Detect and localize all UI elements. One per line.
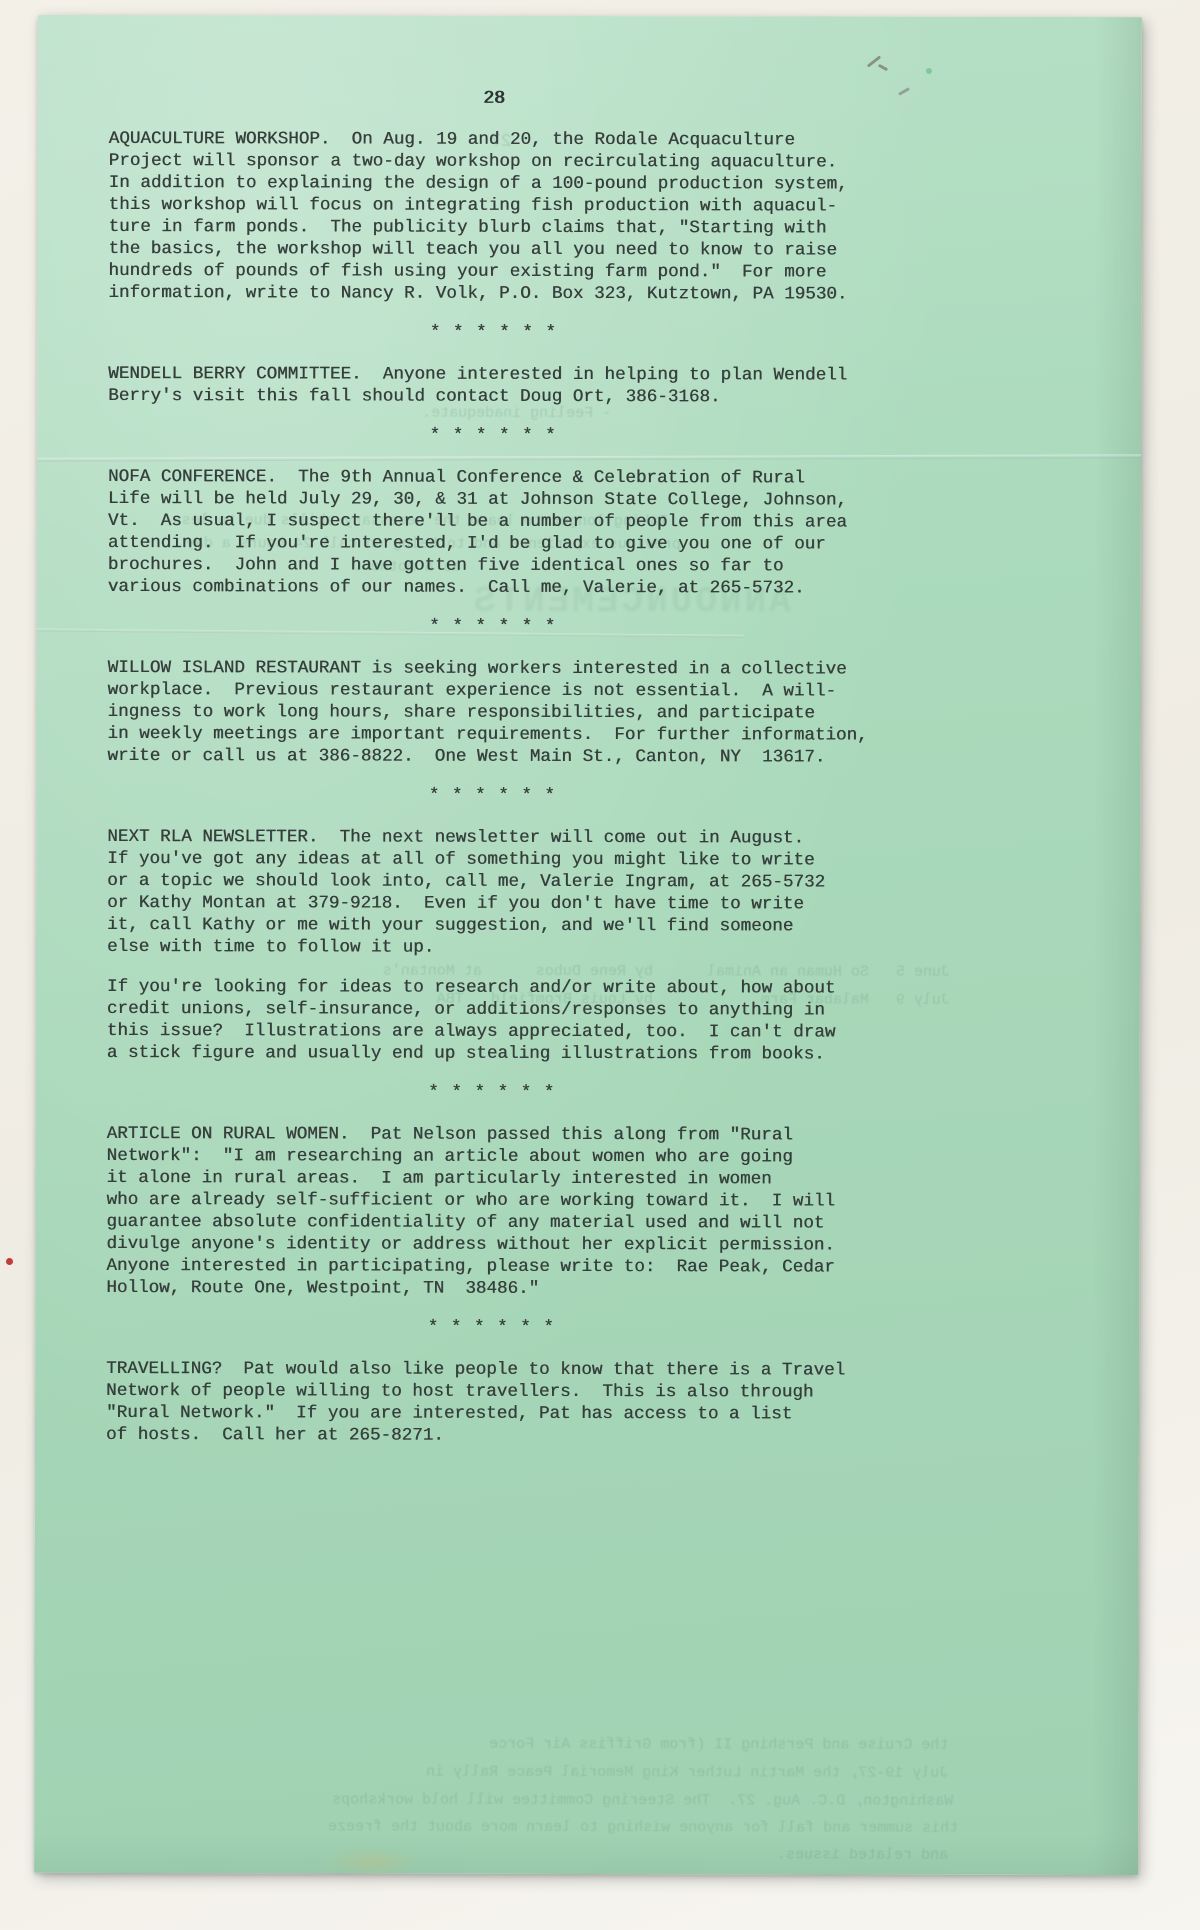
bleedthrough-text: Washington, D.C. Aug. 27. The Steering C… — [93, 1790, 953, 1812]
paper-stain — [324, 1847, 420, 1875]
section-travelling: TRAVELLING? Pat would also like people t… — [106, 1358, 876, 1448]
bleedthrough-text: the Cruise and Pershing II (from Griffis… — [108, 1734, 948, 1756]
section-divider: * * * * * * — [107, 784, 877, 809]
red-fleck — [6, 1258, 13, 1265]
bleedthrough-text: July 19-27, the Martin Luther King Memor… — [108, 1762, 948, 1784]
section-article-on-rural-women: ARTICLE ON RURAL WOMEN. Pat Nelson passe… — [106, 1123, 876, 1301]
section-next-rla-newsletter: NEXT RLA NEWSLETTER. The next newsletter… — [107, 826, 877, 960]
section-wendell-berry-committee: WENDELL BERRY COMMITTEE. Anyone interest… — [108, 363, 878, 409]
section-willow-island-restaurant: WILLOW ISLAND RESTAURANT is seeking work… — [107, 657, 877, 769]
green-fleck — [926, 68, 932, 74]
section-divider: * * * * * * — [108, 615, 878, 640]
section-divider: * * * * * * — [106, 1316, 876, 1341]
section-divider: * * * * * * — [108, 424, 878, 449]
typed-content: 28 AQUACULTURE WORKSHOP. On Aug. 19 and … — [35, 15, 879, 1448]
section-nofa-conference: NOFA CONFERENCE. The 9th Annual Conferen… — [108, 466, 878, 600]
section-divider: * * * * * * — [108, 321, 878, 346]
scan-background: 27 - Feeling inadequate. - Taking longer… — [0, 0, 1200, 1930]
section-aquaculture-workshop: AQUACULTURE WORKSHOP. On Aug. 19 and 20,… — [108, 128, 878, 306]
page-number: 28 — [109, 87, 879, 111]
newsletter-page: 27 - Feeling inadequate. - Taking longer… — [34, 15, 1142, 1875]
bleedthrough-text: this summer and fall for anyone wishing … — [88, 1817, 958, 1839]
section-divider: * * * * * * — [107, 1081, 877, 1106]
bleedthrough-text: and related issues. — [698, 1845, 948, 1866]
section-next-rla-newsletter-cont: If you're looking for ideas to research … — [107, 976, 877, 1066]
